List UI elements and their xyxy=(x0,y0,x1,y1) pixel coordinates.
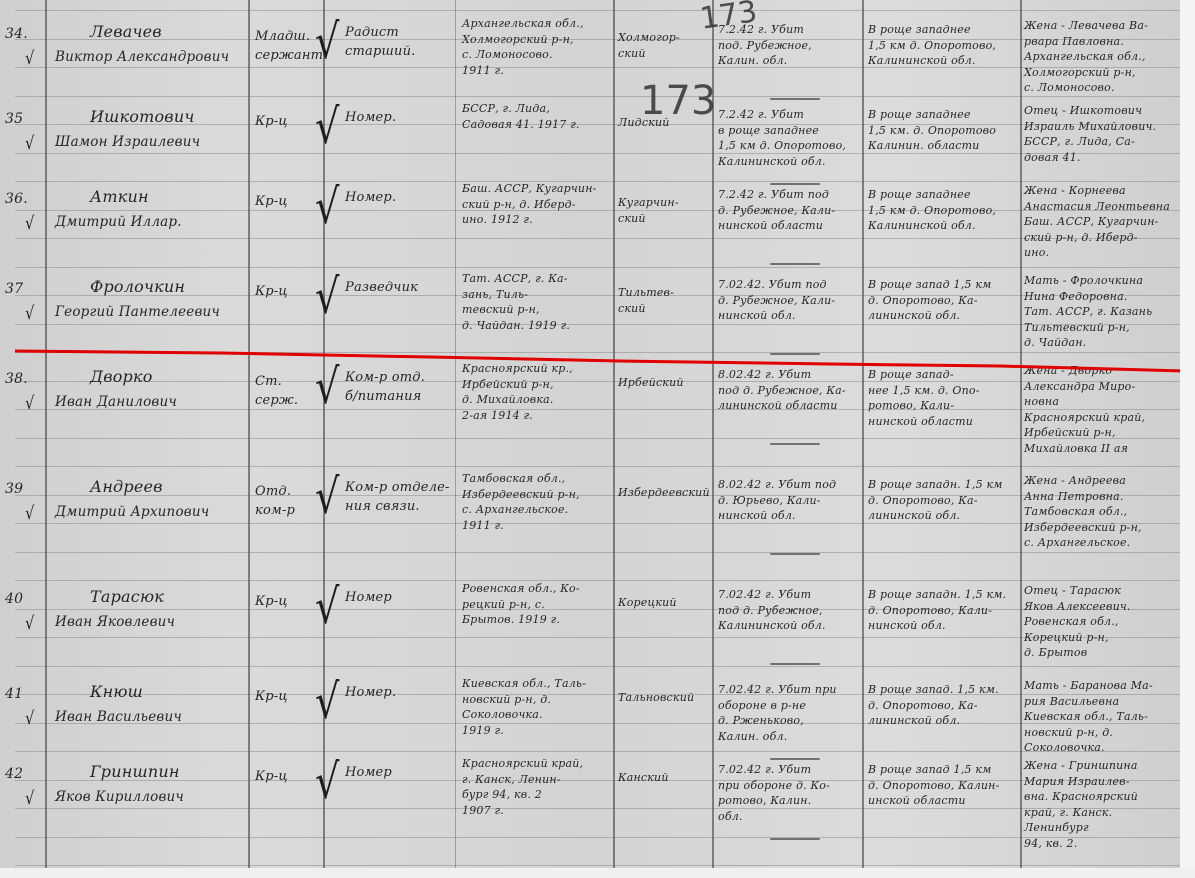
red-marker-line xyxy=(0,0,1195,878)
register-page: 34.ЛевачевВиктор АлександровичМладш. сер… xyxy=(0,0,1180,868)
scan-margin-right xyxy=(1180,0,1195,878)
scan-margin-bottom xyxy=(0,868,1195,878)
